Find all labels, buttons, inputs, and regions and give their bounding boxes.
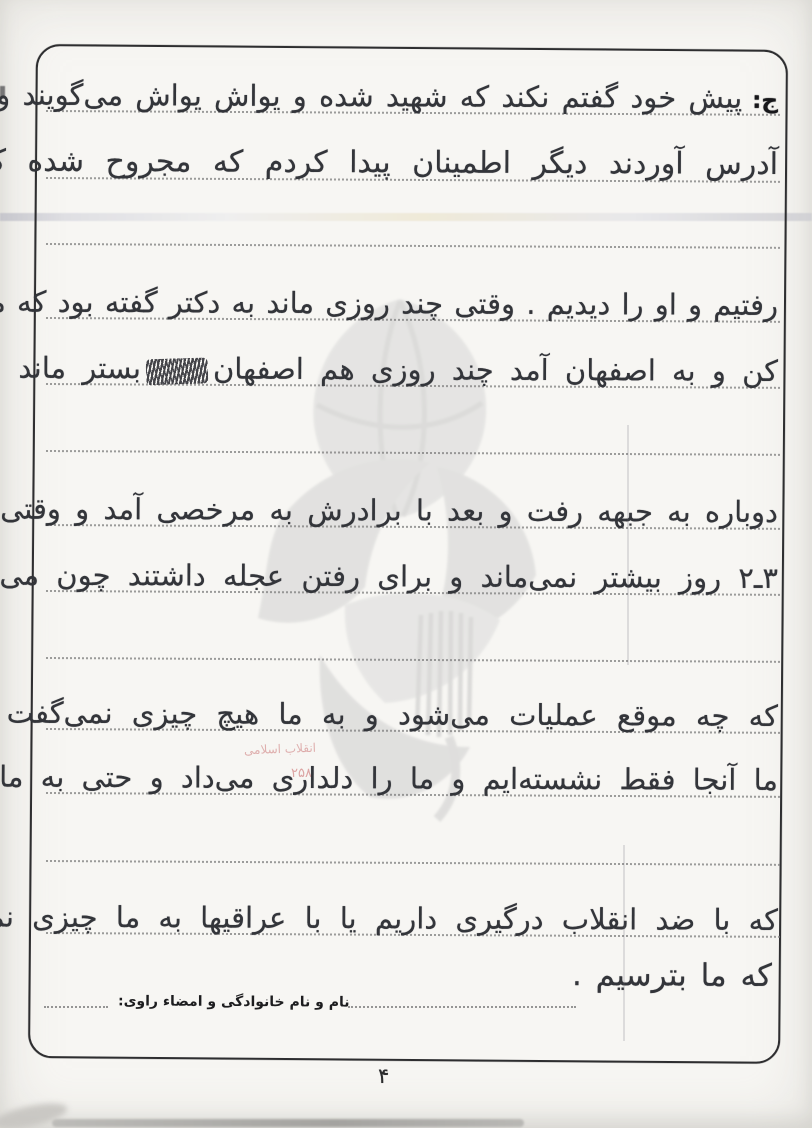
handwriting-text: بستر ماند	[18, 351, 141, 386]
crossed-out-word-scribble	[146, 357, 209, 385]
handwriting-line-3: رفتیم و او را دیدیم . وقتی چند روزی ماند…	[46, 284, 778, 323]
signature-dotted-line	[44, 1006, 108, 1008]
fold-crease	[623, 845, 625, 1041]
page-number: ۴	[378, 1064, 389, 1088]
handwriting-text: ما آنجا فقط نشسته‌ایم و ما را دلداری می‌…	[0, 759, 778, 797]
signature-dotted-line	[348, 1006, 576, 1008]
handwriting-text: که ما بترسیم .	[572, 957, 772, 994]
handwriting-line-7: که چه موقع عملیات می‌شود و به ما هیچ چیز…	[46, 695, 778, 734]
bottom-scan-band	[52, 1119, 524, 1127]
handwriting-line-6: ۳ـ۲ روز بیشتر نمی‌ماند و برای رفتن عجله …	[46, 557, 778, 596]
handwriting-text: آدرس آوردند دیگر اطمینان پیدا کردم که مج…	[0, 143, 778, 182]
handwriting-line-9: که با ضد انقلاب درگیری داریم یا با عراقی…	[46, 899, 778, 938]
handwriting-line-5: دوباره به جبهه رفت و بعد با برادرش به مر…	[46, 491, 778, 530]
handwriting-line-1: ج:پیش خود گفتم نکند که شهید شده و یواش ی…	[46, 77, 778, 119]
handwriting-text: ۳ـ۲ روز بیشتر نمی‌ماند و برای رفتن عجله …	[0, 557, 778, 595]
handwriting-text: کن و به اصفهان آمد چند روزی هم اصفهان	[213, 352, 778, 388]
handwriting-text: که چه موقع عملیات می‌شود و به ما هیچ چیز…	[0, 695, 778, 733]
name-signature-label: نام و نام خانوادگی و امضاء راوی:	[118, 993, 350, 1010]
handwriting-text: پیش خود گفتم نکند که شهید شده و یواش یوا…	[0, 77, 742, 115]
handwriting-line-4: کن و به اصفهان آمد چند روزی هم اصفهانبست…	[46, 350, 778, 389]
fold-crease	[627, 425, 629, 665]
handwriting-text: رفتیم و او را دیدیم . وقتی چند روزی ماند…	[0, 284, 778, 322]
handwriting-text: که با ضد انقلاب درگیری داریم یا با عراقی…	[0, 899, 778, 937]
handwriting-line-8: ما آنجا فقط نشسته‌ایم و ما را دلداری می‌…	[46, 759, 778, 798]
handwriting-line-2: آدرس آوردند دیگر اطمینان پیدا کردم که مج…	[46, 144, 778, 183]
handwriting-text: دوباره به جبهه رفت و بعد با برادرش به مر…	[0, 491, 778, 529]
handwriting-line-10: که ما بترسیم .	[572, 957, 772, 994]
answer-marker: ج:	[752, 88, 778, 114]
